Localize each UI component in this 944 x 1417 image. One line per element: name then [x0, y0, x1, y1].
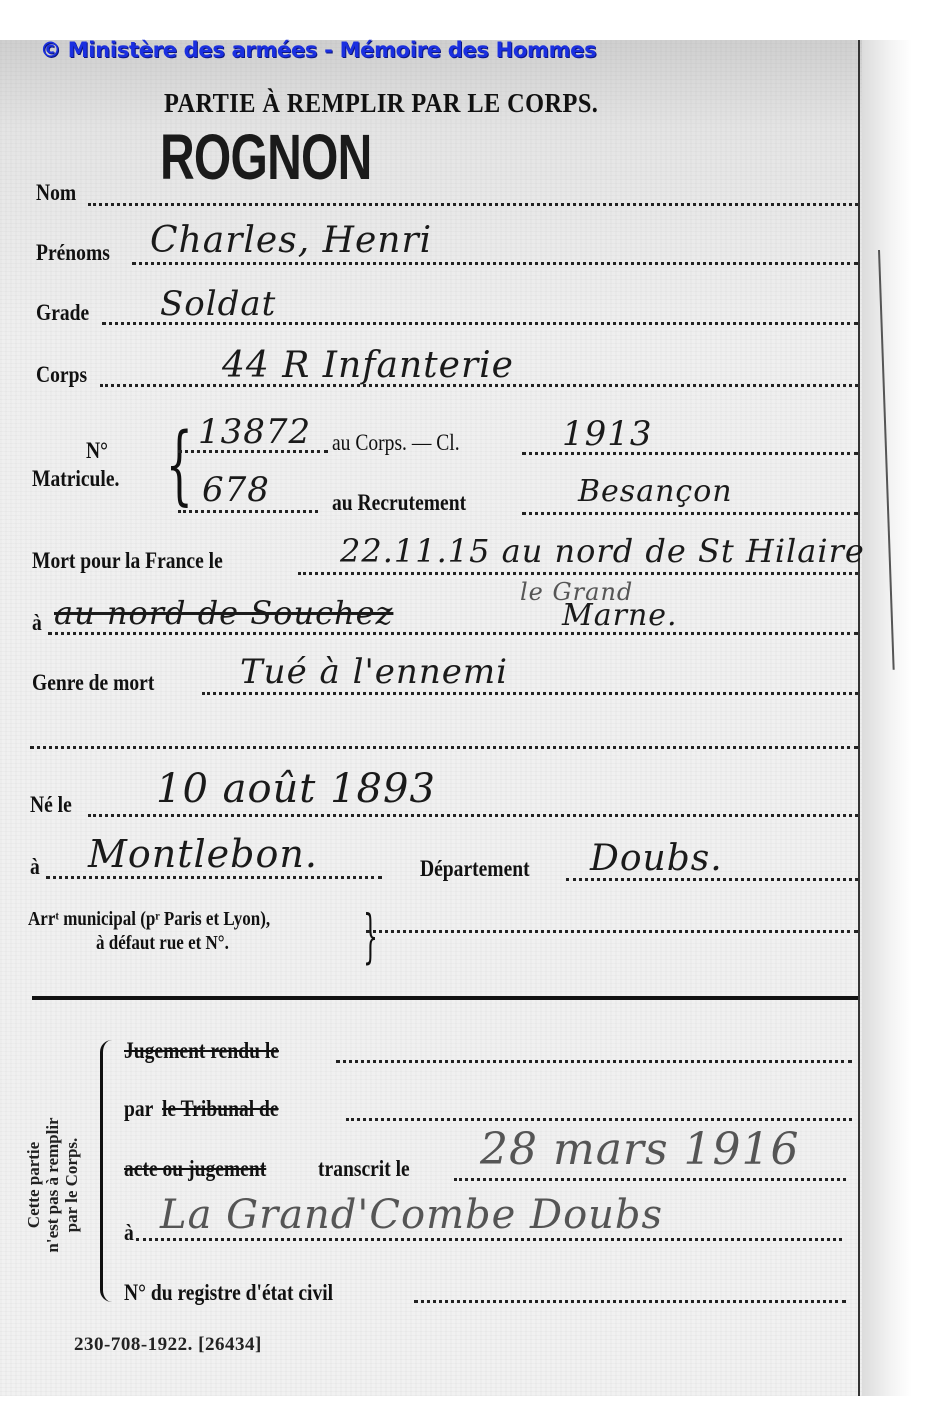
- label-registre-etat-civil: N° du registre d'état civil: [124, 1280, 333, 1306]
- side-note-line-1: Cette partie: [24, 1070, 43, 1300]
- paper-edge: [862, 40, 912, 1396]
- label-jugement-rendu: Jugement rendu le: [124, 1038, 279, 1064]
- label-departement: Département: [420, 856, 530, 882]
- label-arr-municipal: Arrᵗ municipal (pʳ Paris et Lyon),: [28, 908, 270, 931]
- arr-brace: }: [363, 906, 378, 966]
- label-corps: Corps: [36, 362, 87, 388]
- value-recrutement: Besançon: [578, 474, 733, 509]
- label-defaut-rue: à défaut rue et N°.: [96, 932, 229, 955]
- label-matricule: Matricule.: [32, 466, 119, 492]
- label-ne-le: Né le: [30, 792, 72, 818]
- value-nom: ROGNON: [160, 120, 372, 194]
- label-au-corps: au Corps. — Cl.: [332, 430, 460, 456]
- value-matricule-recrutement: 678: [202, 470, 270, 510]
- value-lieu-transcription: La Grand'Combe Doubs: [160, 1192, 663, 1238]
- label-lieu-naissance: à: [30, 854, 40, 880]
- value-lieu-deces: Marne.: [562, 598, 678, 633]
- label-nom: Nom: [36, 180, 76, 206]
- civil-section-brace: [100, 1040, 113, 1302]
- copyright-watermark: © Ministère des armées - Mémoire des Hom…: [40, 38, 596, 62]
- label-no: N°: [86, 438, 108, 464]
- value-lieu-deces-barre: au nord de Souchez: [54, 594, 393, 632]
- field-line-arr-municipal: [366, 930, 858, 933]
- field-line-registre: [414, 1300, 846, 1303]
- print-reference: 230-708-1922. [26434]: [74, 1334, 262, 1356]
- value-date-naissance: 10 août 1893: [156, 766, 436, 812]
- field-line-lieu-naissance: [46, 876, 382, 879]
- field-line-date-deces: [298, 572, 858, 575]
- field-line-lieu-transcription: [136, 1238, 842, 1241]
- label-au-recrutement: au Recrutement: [332, 490, 466, 516]
- value-corps: 44 R Infanterie: [222, 345, 514, 386]
- card-border-line: [858, 40, 860, 1396]
- label-lieu-transcription: à: [124, 1220, 134, 1246]
- label-acte-ou-jugement: acte ou jugement: [124, 1156, 266, 1182]
- field-line-nom: [88, 203, 858, 206]
- field-line-tribunal: [346, 1118, 852, 1121]
- form-header: PARTIE À REMPLIR PAR LE CORPS.: [164, 88, 598, 119]
- value-lieu-naissance: Montlebon.: [88, 832, 318, 876]
- value-prenoms: Charles, Henri: [150, 220, 432, 261]
- field-line-date-naissance: [88, 814, 858, 817]
- value-genre-de-mort: Tué à l'ennemi: [240, 652, 508, 692]
- field-line-prenoms: [132, 262, 858, 265]
- value-departement: Doubs.: [590, 838, 723, 879]
- field-line-recrutement: [522, 512, 858, 515]
- value-date-deces: 22.11.15 au nord de St Hilaire: [340, 532, 865, 570]
- field-line-transcrit-le: [454, 1178, 846, 1181]
- field-line-jugement-rendu: [336, 1060, 852, 1063]
- field-line-genre-de-mort-2: [30, 746, 858, 749]
- label-transcrit-le: transcrit le: [318, 1156, 410, 1182]
- label-lieu-deces: à: [32, 610, 42, 636]
- section-divider: [32, 996, 858, 1000]
- value-matricule-corps: 13872: [198, 412, 311, 452]
- label-tribunal: le Tribunal de: [162, 1096, 279, 1122]
- side-note: Cette partie n'est pas à remplir par le …: [24, 1070, 81, 1300]
- field-line-genre-de-mort: [202, 692, 858, 695]
- label-prenoms: Prénoms: [36, 240, 110, 266]
- label-mort-pour-la-france: Mort pour la France le: [32, 548, 223, 574]
- label-grade: Grade: [36, 300, 89, 326]
- side-note-line-2: n'est pas à remplir: [43, 1070, 62, 1300]
- field-line-matricule-recrutement: [178, 510, 318, 513]
- matricule-brace: {: [166, 420, 193, 510]
- value-transcrit-le: 28 mars 1916: [480, 1124, 800, 1175]
- label-genre-de-mort: Genre de mort: [32, 670, 154, 696]
- field-line-lieu-deces: [48, 632, 858, 635]
- label-par: par: [124, 1096, 153, 1122]
- value-grade: Soldat: [160, 284, 276, 324]
- value-classe: 1913: [562, 414, 653, 454]
- side-note-line-3: par le Corps.: [62, 1070, 81, 1300]
